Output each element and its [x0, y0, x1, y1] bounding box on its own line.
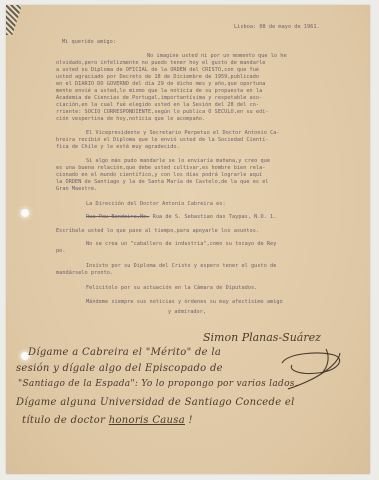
punch-hole-icon: [21, 209, 29, 217]
handwritten-line: Dígame a Cabreira el "Mérito" de la: [28, 347, 221, 358]
paragraph-6-line: No se crea un "caballero de industria",c…: [86, 241, 276, 248]
handwritten-line-final: título de doctor honoris Causa !: [22, 415, 193, 426]
signature: Simon Planas-Suárez: [203, 331, 321, 344]
letter-page: Lisboa: 08 de mayo de 1961. Mi querido a…: [6, 5, 370, 474]
handwritten-line: "Santiago de la Espada": Yo lo propongo …: [18, 379, 298, 389]
address-line: Rua Pau Bandeira,No. Rua de S. Sebastiao…: [86, 214, 276, 221]
handwritten-line: Dígame alguna Universidad de Santiago Co…: [16, 397, 295, 408]
corner-pattern-decoration: [6, 5, 22, 35]
paragraph-2-line: fica de Chile y le está muy agradecido.: [56, 144, 180, 151]
paragraph-7-line: Insisto por su Diploma del Cristo y espe…: [86, 263, 276, 270]
struck-address: Rua Pau Bandeira,No.: [86, 214, 149, 220]
paragraph-1-line: ción vespertina de hoy,noticia que le ac…: [56, 116, 205, 123]
salutation: Mi querido amigo:: [62, 39, 116, 46]
paragraph-4: La Dirección del Doctor Antonio Cabreira…: [86, 201, 226, 208]
date-line: Lisboa: 08 de mayo de 1961.: [234, 24, 320, 31]
closing-line-2: y admirador,: [168, 309, 206, 316]
paragraph-3-line: Gran Maestre.: [56, 186, 97, 193]
address: Rua de S. Sebastiao das Taypas, N.O. 1.: [149, 214, 276, 220]
signature-flourish-icon: [278, 345, 350, 390]
paragraph-8: Felicitolo por su actuación en la Cámara…: [86, 285, 257, 292]
paragraph-7-line: mandárselo pronto.: [56, 270, 113, 277]
handwritten-text: título de doctor: [22, 415, 105, 426]
handwritten-ending: !: [185, 415, 193, 426]
paragraph-5: Escríbale usted lo que pase al tiempo,pa…: [56, 228, 259, 235]
paragraph-6-line: po.: [56, 248, 66, 255]
underlined-phrase: honoris Causa: [109, 415, 185, 426]
handwritten-line: sesión y dígale algo del Episcopado de: [16, 363, 223, 374]
closing-line-1: Mándeme siempre sus noticias y órdenes s…: [86, 299, 283, 306]
